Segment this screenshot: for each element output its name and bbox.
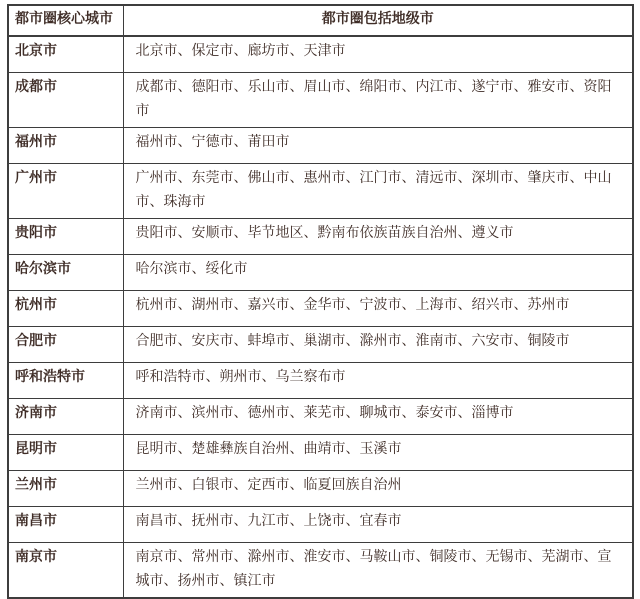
table-row: 呼和浩特市呼和浩特市、朔州市、乌兰察布市 xyxy=(8,363,633,399)
included-cities-cell: 成都市、德阳市、乐山市、眉山市、绵阳市、内江市、遂宁市、雅安市、资阳市 xyxy=(123,73,633,128)
core-city-cell: 哈尔滨市 xyxy=(8,255,123,291)
core-city-cell: 兰州市 xyxy=(8,471,123,507)
included-cities-cell: 北京市、保定市、廊坊市、天津市 xyxy=(123,36,633,73)
core-city-cell: 南昌市 xyxy=(8,507,123,543)
table-row: 昆明市昆明市、楚雄彝族自治州、曲靖市、玉溪市 xyxy=(8,435,633,471)
table-row: 哈尔滨市哈尔滨市、绥化市 xyxy=(8,255,633,291)
table-row: 成都市成都市、德阳市、乐山市、眉山市、绵阳市、内江市、遂宁市、雅安市、资阳市 xyxy=(8,73,633,128)
core-city-cell: 南京市 xyxy=(8,543,123,599)
table-row: 兰州市兰州市、白银市、定西市、临夏回族自治州 xyxy=(8,471,633,507)
included-cities-cell: 广州市、东莞市、佛山市、惠州市、江门市、清远市、深圳市、肇庆市、中山市、珠海市 xyxy=(123,164,633,219)
core-city-cell: 呼和浩特市 xyxy=(8,363,123,399)
included-cities-cell: 哈尔滨市、绥化市 xyxy=(123,255,633,291)
included-cities-cell: 贵阳市、安顺市、毕节地区、黔南布依族苗族自治州、遵义市 xyxy=(123,219,633,255)
included-cities-cell: 福州市、宁德市、莆田市 xyxy=(123,128,633,164)
table-row: 南昌市南昌市、抚州市、九江市、上饶市、宜春市 xyxy=(8,507,633,543)
core-city-cell: 福州市 xyxy=(8,128,123,164)
core-city-cell: 合肥市 xyxy=(8,327,123,363)
header-core-city: 都市圈核心城市 xyxy=(8,5,123,36)
included-cities-cell: 合肥市、安庆市、蚌埠市、巢湖市、滁州市、淮南市、六安市、铜陵市 xyxy=(123,327,633,363)
included-cities-cell: 呼和浩特市、朔州市、乌兰察布市 xyxy=(123,363,633,399)
core-city-cell: 贵阳市 xyxy=(8,219,123,255)
included-cities-cell: 昆明市、楚雄彝族自治州、曲靖市、玉溪市 xyxy=(123,435,633,471)
table-body: 北京市北京市、保定市、廊坊市、天津市成都市成都市、德阳市、乐山市、眉山市、绵阳市… xyxy=(8,36,633,598)
table-row: 济南市济南市、滨州市、德州市、莱芜市、聊城市、泰安市、淄博市 xyxy=(8,399,633,435)
table-header: 都市圈核心城市 都市圈包括地级市 xyxy=(8,5,633,36)
table-row: 贵阳市贵阳市、安顺市、毕节地区、黔南布依族苗族自治州、遵义市 xyxy=(8,219,633,255)
table-row: 北京市北京市、保定市、廊坊市、天津市 xyxy=(8,36,633,73)
included-cities-cell: 济南市、滨州市、德州市、莱芜市、聊城市、泰安市、淄博市 xyxy=(123,399,633,435)
table-row: 福州市福州市、宁德市、莆田市 xyxy=(8,128,633,164)
core-city-cell: 杭州市 xyxy=(8,291,123,327)
included-cities-cell: 杭州市、湖州市、嘉兴市、金华市、宁波市、上海市、绍兴市、苏州市 xyxy=(123,291,633,327)
core-city-cell: 济南市 xyxy=(8,399,123,435)
table-row: 杭州市杭州市、湖州市、嘉兴市、金华市、宁波市、上海市、绍兴市、苏州市 xyxy=(8,291,633,327)
core-city-cell: 昆明市 xyxy=(8,435,123,471)
table-row: 广州市广州市、东莞市、佛山市、惠州市、江门市、清远市、深圳市、肇庆市、中山市、珠… xyxy=(8,164,633,219)
core-city-cell: 北京市 xyxy=(8,36,123,73)
metro-area-table: 都市圈核心城市 都市圈包括地级市 北京市北京市、保定市、廊坊市、天津市成都市成都… xyxy=(7,4,634,599)
header-row: 都市圈核心城市 都市圈包括地级市 xyxy=(8,5,633,36)
included-cities-cell: 南昌市、抚州市、九江市、上饶市、宜春市 xyxy=(123,507,633,543)
core-city-cell: 广州市 xyxy=(8,164,123,219)
table-row: 合肥市合肥市、安庆市、蚌埠市、巢湖市、滁州市、淮南市、六安市、铜陵市 xyxy=(8,327,633,363)
header-included-cities: 都市圈包括地级市 xyxy=(123,5,633,36)
included-cities-cell: 南京市、常州市、滁州市、淮安市、马鞍山市、铜陵市、无锡市、芜湖市、宣城市、扬州市… xyxy=(123,543,633,599)
table-row: 南京市南京市、常州市、滁州市、淮安市、马鞍山市、铜陵市、无锡市、芜湖市、宣城市、… xyxy=(8,543,633,599)
included-cities-cell: 兰州市、白银市、定西市、临夏回族自治州 xyxy=(123,471,633,507)
core-city-cell: 成都市 xyxy=(8,73,123,128)
